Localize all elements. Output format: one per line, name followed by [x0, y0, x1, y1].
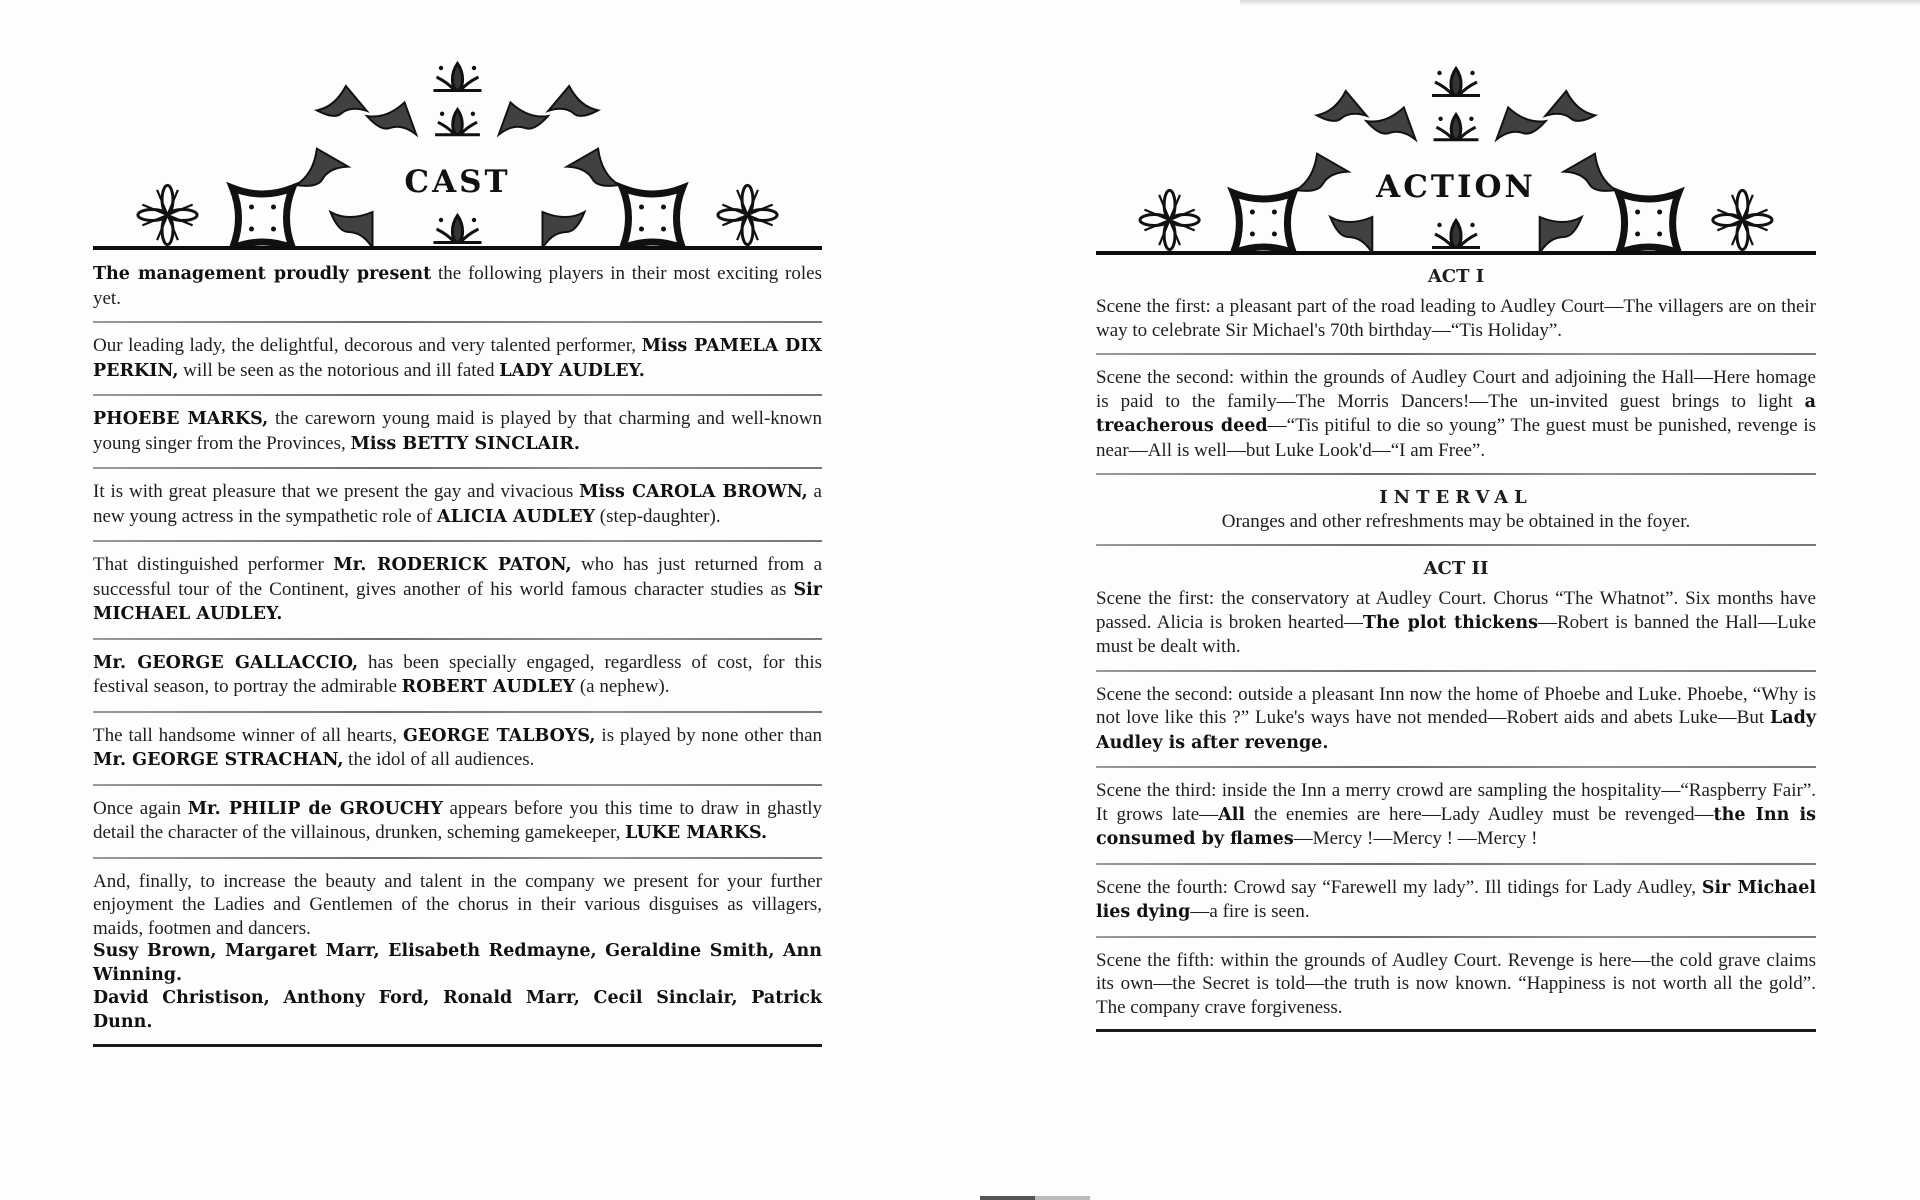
divider	[1096, 766, 1816, 768]
cast-paragraph: The tall handsome winner of all hearts, …	[93, 724, 822, 773]
header-rule	[93, 246, 822, 250]
scene-paragraph: Scene the fifth: within the grounds of A…	[1096, 949, 1816, 1020]
interval-note: Oranges and other refreshments may be ob…	[1096, 510, 1816, 533]
cast-paragraph: PHOEBE MARKS, the careworn young maid is…	[93, 407, 822, 456]
divider	[93, 638, 822, 640]
action-ornament-header: ACTION	[1096, 65, 1816, 251]
art-deco-floral-ornament-icon	[93, 60, 822, 246]
cast-paragraph: Our leading lady, the delightful, decoro…	[93, 334, 822, 383]
chorus-gentlemen: David Christison, Anthony Ford, Ronald M…	[93, 987, 822, 1034]
cast-body: The management proudly present the follo…	[93, 262, 822, 940]
scene-paragraph: Scene the fourth: Crowd say “Farewell my…	[1096, 876, 1816, 925]
divider	[93, 784, 822, 786]
divider	[93, 540, 822, 542]
art-deco-floral-ornament-icon	[1096, 65, 1816, 251]
scene-paragraph: Scene the first: the conservatory at Aud…	[1096, 587, 1816, 659]
page-edge-shadow	[1240, 0, 1920, 6]
divider	[1096, 353, 1816, 355]
divider	[93, 321, 822, 323]
scene-paragraph: Scene the first: a pleasant part of the …	[1096, 295, 1816, 342]
action-page: ACTION ACT I Scene the first: a pleasant…	[1096, 65, 1816, 1032]
scene-paragraph: Scene the third: inside the Inn a merry …	[1096, 779, 1816, 852]
cast-paragraph: Once again Mr. PHILIP de GROUCHY appears…	[93, 797, 822, 846]
act-2-heading: ACT II	[1096, 557, 1816, 581]
act-1-heading: ACT I	[1096, 265, 1816, 289]
act-1-scenes: Scene the first: a pleasant part of the …	[1096, 295, 1816, 462]
cast-paragraph: And, finally, to increase the beauty and…	[93, 870, 822, 941]
divider	[93, 711, 822, 713]
scene-paragraph: Scene the second: within the grounds of …	[1096, 366, 1816, 462]
divider	[93, 394, 822, 396]
cast-ornament-header: CAST	[93, 60, 822, 246]
divider	[1096, 544, 1816, 546]
cast-paragraph: Mr. GEORGE GALLACCIO, has been specially…	[93, 651, 822, 700]
page-fold-mark	[980, 1196, 1090, 1200]
divider	[1096, 863, 1816, 865]
header-rule	[1096, 251, 1816, 255]
act-2-scenes: Scene the first: the conservatory at Aud…	[1096, 587, 1816, 1019]
chorus-ladies: Susy Brown, Margaret Marr, Elisabeth Red…	[93, 940, 822, 987]
divider	[1096, 670, 1816, 672]
divider	[1096, 936, 1816, 938]
cast-title: CAST	[93, 164, 822, 200]
cast-paragraph: It is with great pleasure that we presen…	[93, 480, 822, 529]
footer-rule	[93, 1044, 822, 1047]
divider	[93, 467, 822, 469]
cast-page: CAST The management proudly present the …	[93, 60, 822, 1047]
divider	[1096, 473, 1816, 475]
cast-paragraph: That distinguished performer Mr. RODERIC…	[93, 553, 822, 627]
cast-paragraph: The management proudly present the follo…	[93, 262, 822, 310]
scene-paragraph: Scene the second: outside a pleasant Inn…	[1096, 683, 1816, 756]
action-title: ACTION	[1096, 169, 1816, 205]
divider	[93, 857, 822, 859]
footer-rule	[1096, 1029, 1816, 1032]
interval-heading: INTERVAL	[1096, 486, 1816, 510]
